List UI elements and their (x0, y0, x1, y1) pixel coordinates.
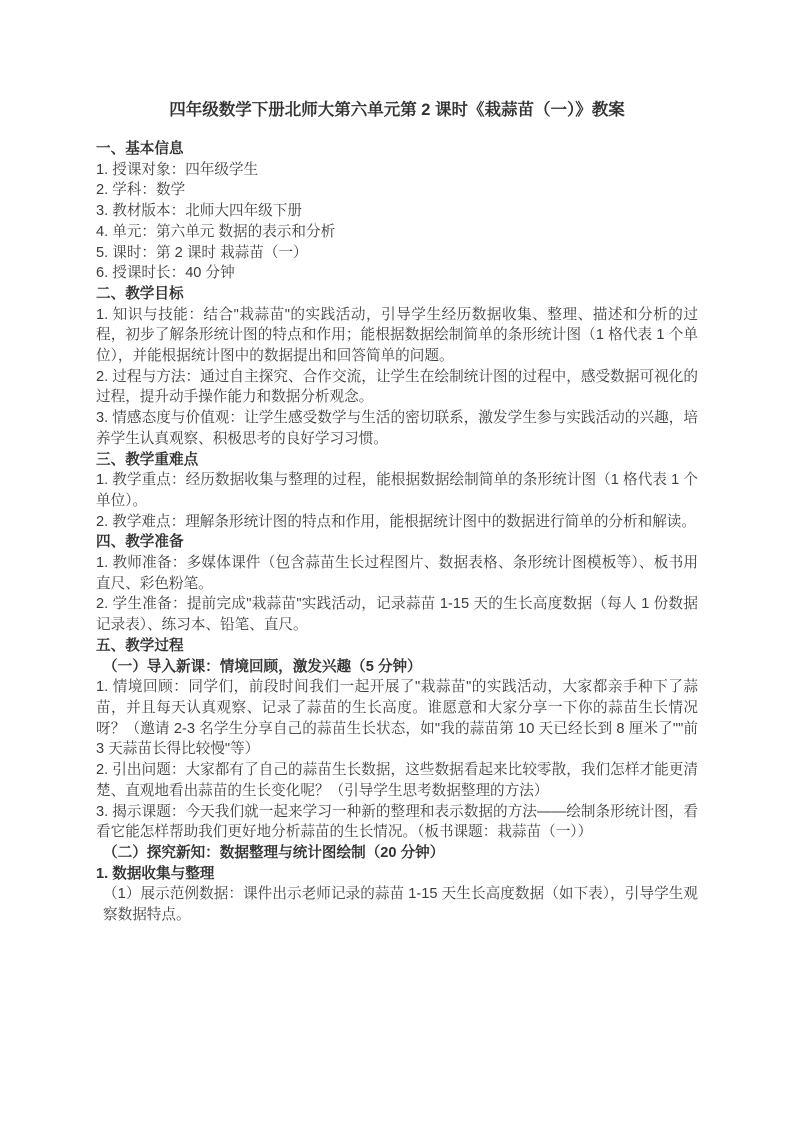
para-show-sample-data: （1）展示范例数据：课件出示老师记录的蒜苗 1-15 天生长高度数据（如下表），… (96, 884, 698, 925)
para-goal-emotion-values: 3. 情感态度与价值观：让学生感受数学与生活的密切联系，激发学生参与实践活动的兴… (96, 408, 698, 449)
para-reveal-topic: 3. 揭示课题：今天我们就一起来学习一种新的整理和表示数据的方法——绘制条形统计… (96, 802, 698, 843)
heading-key-difficult-points: 三、教学重难点 (96, 450, 698, 471)
subheading-data-collection: 1. 数据收集与整理 (96, 864, 698, 885)
para-teaching-key-point: 1. 教学重点：经历数据收集与整理的过程，能根据数据绘制简单的条形统计图（1 格… (96, 470, 698, 511)
line-textbook-edition: 3. 教材版本：北师大四年级下册 (96, 201, 698, 222)
para-goal-process-method: 2. 过程与方法：通过自主探究、合作交流，让学生在绘制统计图的过程中，感受数据可… (96, 367, 698, 408)
para-raise-question: 2. 引出问题：大家都有了自己的蒜苗生长数据，这些数据看起来比较零散，我们怎样才… (96, 760, 698, 801)
line-subject: 2. 学科：数学 (96, 180, 698, 201)
subheading-intro-new-lesson: （一）导入新课：情境回顾，激发兴趣（5 分钟） (96, 657, 698, 678)
heading-teaching-goals: 二、教学目标 (96, 284, 698, 305)
subheading-explore-new-knowledge: （二）探究新知：数据整理与统计图绘制（20 分钟） (96, 843, 698, 864)
para-teacher-preparation: 1. 教师准备：多媒体课件（包含蒜苗生长过程图片、数据表格、条形统计图模板等）、… (96, 553, 698, 594)
line-unit: 4. 单元：第六单元 数据的表示和分析 (96, 222, 698, 243)
line-lesson: 5. 课时：第 2 课时 栽蒜苗（一） (96, 243, 698, 264)
para-goal-knowledge-skills: 1. 知识与技能：结合"栽蒜苗"的实践活动，引导学生经历数据收集、整理、描述和分… (96, 305, 698, 367)
heading-basic-info: 一、基本信息 (96, 139, 698, 160)
para-teaching-difficult-point: 2. 教学难点：理解条形统计图的特点和作用，能根据统计图中的数据进行简单的分析和… (96, 512, 698, 533)
para-situation-review: 1. 情境回顾：同学们，前段时间我们一起开展了"栽蒜苗"的实践活动，大家都亲手种… (96, 677, 698, 760)
line-audience: 1. 授课对象：四年级学生 (96, 160, 698, 181)
heading-teaching-process: 五、教学过程 (96, 636, 698, 657)
document-page: 四年级数学下册北师大第六单元第 2 课时《栽蒜苗（一）》教案 一、基本信息 1.… (0, 0, 794, 1123)
line-duration: 6. 授课时长：40 分钟 (96, 263, 698, 284)
para-student-preparation: 2. 学生准备：提前完成"栽蒜苗"实践活动，记录蒜苗 1-15 天的生长高度数据… (96, 594, 698, 635)
heading-teaching-preparation: 四、教学准备 (96, 532, 698, 553)
document-body: 一、基本信息 1. 授课对象：四年级学生 2. 学科：数学 3. 教材版本：北师… (96, 139, 698, 926)
document-title: 四年级数学下册北师大第六单元第 2 课时《栽蒜苗（一）》教案 (96, 98, 698, 123)
